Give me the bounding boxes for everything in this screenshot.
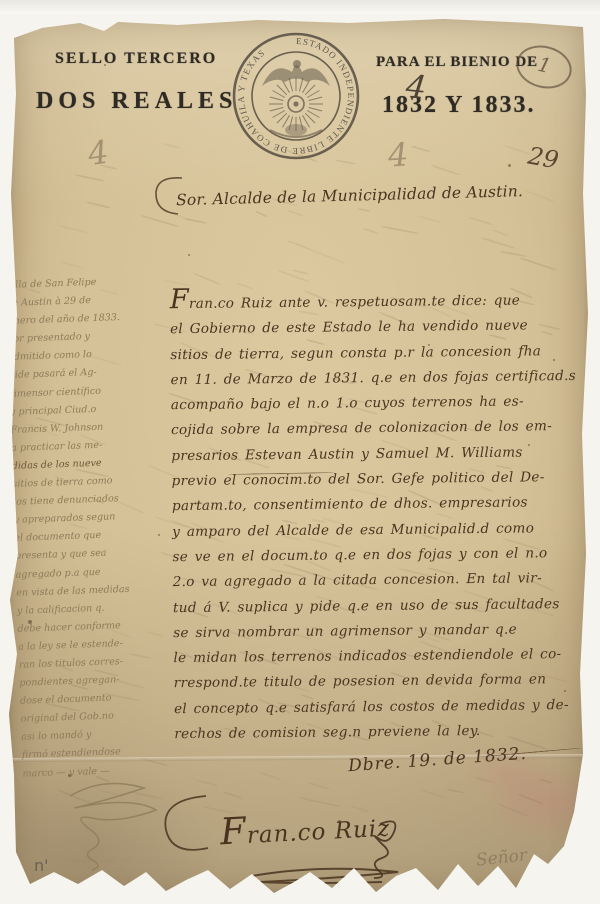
bottom-left-mark: n' [34, 856, 49, 875]
body-line: cojida sobre la empresa de colonizacion … [171, 414, 587, 444]
corner-number-annotation: 29 [526, 142, 561, 175]
scanner-edge [0, 0, 600, 14]
circled-number-annotation: 1 [512, 40, 576, 94]
page-number-annotation: 4 [404, 67, 428, 107]
body-line: partam.to, consentimiento de dhos. empre… [172, 490, 588, 520]
body-line: tud á V. suplica y pide q.e en uso de su… [173, 591, 589, 621]
printed-dos-reales: DOS REALES [36, 88, 237, 115]
ghost-stroke [381, 225, 418, 234]
margin-decree-note: Villa de San Felipe de Austin à 29 de En… [5, 271, 185, 783]
printed-para-el-bienio: PARA EL BIENIO DE [376, 54, 538, 71]
ghost-stroke [469, 217, 492, 226]
ghost-stroke [287, 209, 302, 216]
ghost-stroke [481, 237, 516, 250]
bottom-right-faint-word: Señor [475, 845, 528, 870]
petition-body: Fran.co Ruiz ante v. respetuosam.te dice… [170, 282, 591, 748]
printed-sello-tercero: SELLO TERCERO [55, 50, 217, 68]
ghost-stroke [60, 261, 83, 269]
salutation: Sor. Alcalde de la Municipalidad de Aust… [176, 181, 576, 209]
ghost-stroke [164, 143, 182, 150]
ghost-stroke [431, 164, 461, 176]
foxing-speck [104, 64, 106, 66]
ghost-stroke [475, 776, 494, 783]
body-line: el Gobierno de este Estado le ha vendido… [170, 313, 586, 343]
ghost-stroke [363, 227, 378, 234]
faint-number-mark-left: 4 [85, 133, 110, 173]
body-line: rechos de comision seg.n previene la ley… [174, 718, 590, 748]
ghost-stroke [518, 793, 544, 805]
signature: Fran.co Ruiz [219, 802, 391, 854]
ghost-stroke [539, 778, 552, 783]
body-line: el concepto q.e satisfará los costos de … [174, 693, 590, 723]
scanned-document-page: { "stamp_header": { "left_line1": "SELLO… [0, 0, 600, 904]
ghost-stroke [497, 803, 529, 818]
faint-number-mark-right: 4 [387, 135, 410, 174]
body-line: 2.o va agregado a la citada concesion. E… [173, 566, 589, 596]
ghost-stroke [520, 257, 557, 271]
ghost-stroke [58, 224, 87, 233]
ghost-stroke [358, 208, 370, 212]
ghost-stroke [75, 174, 105, 182]
ghost-stroke [255, 210, 267, 217]
foxing-speck [508, 164, 511, 167]
body-line: Fran.co Ruiz ante v. respetuosam.te dice… [170, 282, 586, 318]
ghost-stroke [185, 218, 207, 224]
ghost-stroke [493, 230, 508, 237]
ghost-stroke [416, 215, 441, 224]
paper-sheet: SELLO TERCERO DOS REALES PARA EL BIENIO … [8, 14, 590, 896]
coahuila-texas-seal-icon: ESTADO INDEPENDIENTE LIBRE DE COAHUILA Y… [230, 30, 362, 162]
ghost-stroke [278, 269, 310, 282]
ghost-stroke [259, 772, 280, 781]
ghost-stroke [193, 273, 222, 287]
ghost-stroke [86, 201, 111, 209]
ghost-stroke [307, 248, 346, 265]
body-line: en 11. de Marzo de 1831. q.e en dos foja… [170, 364, 586, 394]
foxing-speck [188, 254, 190, 256]
rubric-flourish [48, 766, 178, 876]
dateline: Dbre. 19. de 1832. [348, 744, 528, 776]
ghost-stroke [500, 251, 527, 258]
ghost-stroke [292, 269, 309, 275]
ghost-stroke [287, 240, 310, 250]
ghost-stroke [411, 146, 430, 153]
